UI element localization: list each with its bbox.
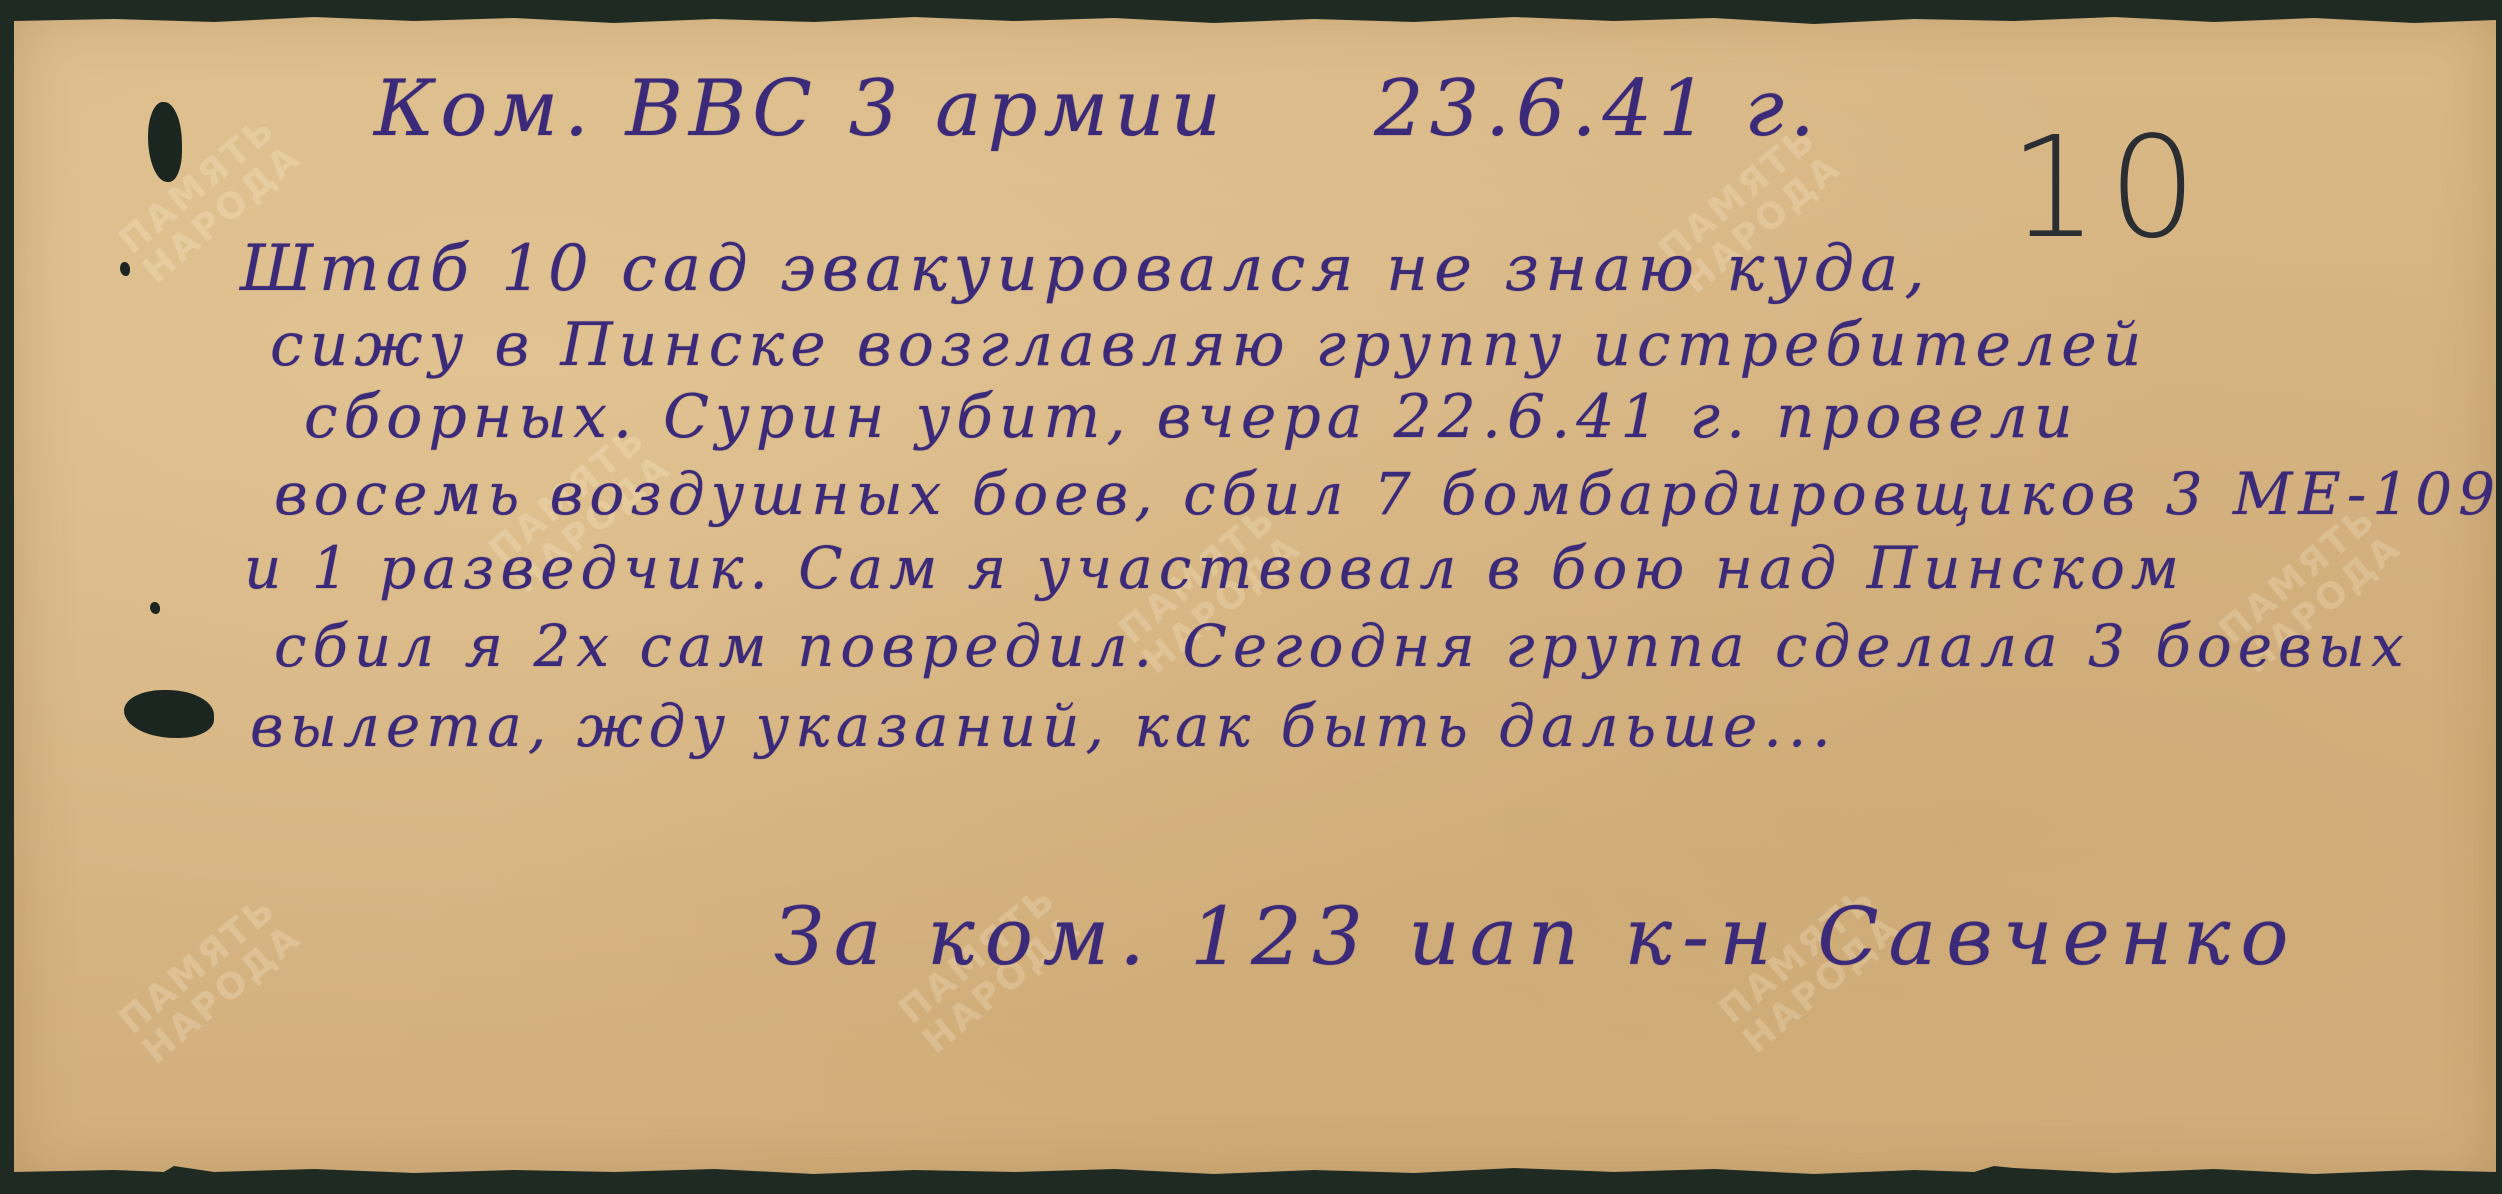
document-paper: ПАМЯТЬНАРОДА ПАМЯТЬНАРОДА ПАМЯТЬНАРОДА П… — [14, 12, 2496, 1180]
body-line: сбил я 2х сам повредил. Сегодня группа с… — [274, 612, 2410, 680]
paper-spot — [150, 602, 160, 614]
torn-bottom-edge — [14, 1166, 2496, 1180]
watermark: ПАМЯТЬНАРОДА — [112, 889, 309, 1071]
body-line: вылета, жду указаний, как быть дальше... — [250, 692, 1837, 760]
body-line: Штаб 10 сад эвакуировался не знаю куда, — [240, 232, 1931, 306]
paper-hole — [148, 102, 182, 182]
header-addressee: Ком. ВВС 3 армии — [374, 64, 1227, 154]
header-date: 23.6.41 г. — [1374, 64, 1821, 154]
torn-top-edge — [14, 12, 2496, 26]
signature: За ком. 123 иап к-н Савченко — [774, 890, 2299, 983]
paper-spot — [120, 262, 130, 276]
body-line: и 1 разведчик. Сам я участвовал в бою на… — [244, 534, 2185, 602]
body-line: сборных. Сурин убит, вчера 22.6.41 г. пр… — [304, 382, 2079, 452]
body-line: сижу в Пинске возглавляю группу истребит… — [270, 310, 2147, 380]
paper-hole — [124, 690, 214, 738]
archive-number: 10 — [2009, 107, 2207, 270]
body-line: восемь воздушных боев, сбил 7 бомбардиро… — [274, 460, 2501, 528]
